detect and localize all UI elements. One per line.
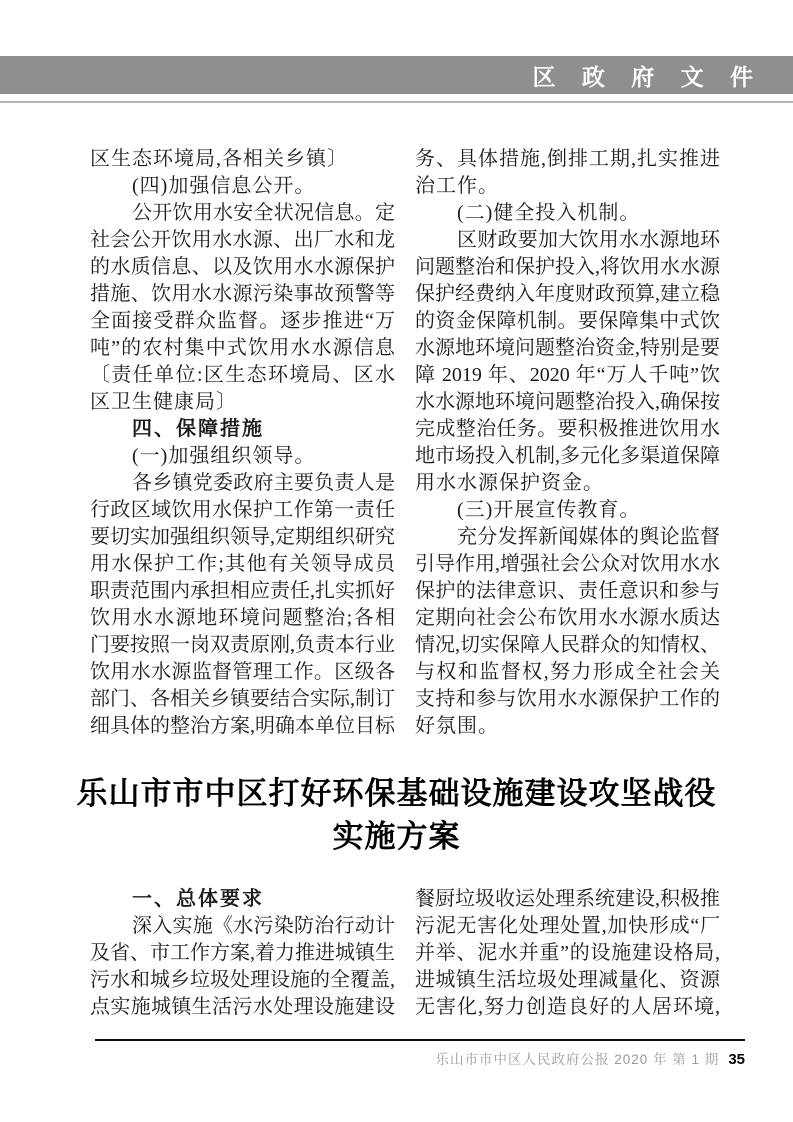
text-line: 进城镇生活垃圾处理减量化、资源化、 xyxy=(415,967,720,994)
text-line: 门要按照一岗双责原刚,负责本行业的 xyxy=(90,632,395,659)
text-line: 无害化,努力创造良好的人居环境,全 xyxy=(415,994,720,1021)
article2-title-line1: 乐山市市中区打好环保基础设施建设攻坚战役 xyxy=(60,772,733,815)
article1-right-column: 务、具体措施,倒排工期,扎实推进整治工作。(二)健全投入机制。区财政要加大饮用水… xyxy=(415,146,720,740)
footer: 乐山市市中区人民政府公报 2020 年 第 1 期35 xyxy=(95,1048,745,1068)
text-line: 区财政要加大饮用水水源地环境 xyxy=(415,227,720,254)
text-line: 引导作用,增强社会公众对饮用水水源 xyxy=(415,551,720,578)
text-line: 并举、泥水并重”的设施建设格局,促 xyxy=(415,940,720,967)
text-line: 饮用水水源监督管理工作。区级各相关 xyxy=(90,659,395,686)
text-line: 的水质信息、以及饮用水水源保护主要 xyxy=(90,254,395,281)
section-banner: 区 政 府 文 件 xyxy=(0,56,793,94)
text-line: 四、保障措施 xyxy=(90,416,395,443)
text-line: 各乡镇党委政府主要负责人是本 xyxy=(90,470,395,497)
text-line: (四)加强信息公开。 xyxy=(90,173,395,200)
text-line: 全面接受群众监督。逐步推进“万人千 xyxy=(90,308,395,335)
text-line: 保护经费纳入年度财政预算,建立稳定 xyxy=(415,281,720,308)
text-line: 水水源地环境问题整治投入,确保按时 xyxy=(415,389,720,416)
article2-title-line2: 实施方案 xyxy=(60,815,733,858)
article2-columns: 一、总体要求深入实施《水污染防治行动计划》及省、市工作方案,着力推进城镇生活污水… xyxy=(90,886,720,1021)
text-line: 深入实施《水污染防治行动计划》 xyxy=(90,913,395,940)
text-line: 支持和参与饮用水水源保护工作的良 xyxy=(415,686,720,713)
text-line: 点实施城镇生活污水处理设施建设和 xyxy=(90,994,395,1021)
text-line: 饮用水水源地环境问题整治;各相关部 xyxy=(90,605,395,632)
article1-columns: 区生态环境局,各相关乡镇〕(四)加强信息公开。公开饮用水安全状况信息。定期向社会… xyxy=(90,146,720,740)
footer-journal-label: 乐山市市中区人民政府公报 2020 年 第 1 期 xyxy=(436,1052,720,1067)
text-line: 好氛围。 xyxy=(415,713,720,740)
text-line: 吨”的农村集中式饮用水水源信息公开。 xyxy=(90,335,395,362)
text-line: 治工作。 xyxy=(415,173,720,200)
text-line: 完成整治任务。要积极推进饮用水水源 xyxy=(415,416,720,443)
text-line: 障 2019 年、2020 年“万人千吨”饮用 xyxy=(415,362,720,389)
text-line: 措施、饮用水水源污染事故预警等信息, xyxy=(90,281,395,308)
footer-page-number: 35 xyxy=(728,1051,745,1068)
text-line: 餐厨垃圾收运处理系统建设,积极推行 xyxy=(415,886,720,913)
article2-title: 乐山市市中区打好环保基础设施建设攻坚战役 实施方案 xyxy=(60,772,733,858)
article1-left-column: 区生态环境局,各相关乡镇〕(四)加强信息公开。公开饮用水安全状况信息。定期向社会… xyxy=(90,146,395,740)
text-line: 与权和监督权,努力形成全社会关心、 xyxy=(415,659,720,686)
article2-left-column: 一、总体要求深入实施《水污染防治行动计划》及省、市工作方案,着力推进城镇生活污水… xyxy=(90,886,395,1021)
text-line: 要切实加强组织领导,定期组织研究饮 xyxy=(90,524,395,551)
text-line: 〔责任单位:区生态环境局、区水务局、 xyxy=(90,362,395,389)
text-line: 定期向社会公布饮用水水源水质达标 xyxy=(415,605,720,632)
text-line: 保护的法律意识、责任意识和参与意识。 xyxy=(415,578,720,605)
banner-divider xyxy=(0,101,793,103)
text-line: 问题整治和保护投入,将饮用水水源地 xyxy=(415,254,720,281)
text-line: (一)加强组织领导。 xyxy=(90,443,395,470)
text-line: 的资金保障机制。要保障集中式饮用水 xyxy=(415,308,720,335)
text-line: 区生态环境局,各相关乡镇〕 xyxy=(90,146,395,173)
text-line: 务、具体措施,倒排工期,扎实推进整 xyxy=(415,146,720,173)
text-line: 部门、各相关乡镇要结合实际,制订详 xyxy=(90,686,395,713)
footer-divider xyxy=(95,1039,745,1041)
gazette-page: 区 政 府 文 件 区生态环境局,各相关乡镇〕(四)加强信息公开。公开饮用水安全… xyxy=(0,0,793,1122)
text-line: 污水和城乡垃圾处理设施的全覆盖,重 xyxy=(90,967,395,994)
text-line: 情况,切实保障人民群众的知情权、参 xyxy=(415,632,720,659)
text-line: 职责范围内承担相应责任,扎实抓好对 xyxy=(90,578,395,605)
text-line: 区卫生健康局〕 xyxy=(90,389,395,416)
text-line: 污泥无害化处理处置,加快形成“厂网 xyxy=(415,913,720,940)
text-line: 用水水源保护资金。 xyxy=(415,470,720,497)
text-line: 地市场投入机制,多元化多渠道保障饮 xyxy=(415,443,720,470)
text-line: (三)开展宣传教育。 xyxy=(415,497,720,524)
text-line: 及省、市工作方案,着力推进城镇生活 xyxy=(90,940,395,967)
article2-right-column: 餐厨垃圾收运处理系统建设,积极推行污泥无害化处理处置,加快形成“厂网并举、泥水并… xyxy=(415,886,720,1021)
text-line: 一、总体要求 xyxy=(90,886,395,913)
section-banner-label: 区 政 府 文 件 xyxy=(532,59,763,92)
text-line: (二)健全投入机制。 xyxy=(415,200,720,227)
text-line: 行政区域饮用水保护工作第一责任人, xyxy=(90,497,395,524)
text-line: 细具体的整治方案,明确本单位目标任 xyxy=(90,713,395,740)
text-line: 社会公开饮用水水源、出厂水和龙头水 xyxy=(90,227,395,254)
text-line: 充分发挥新闻媒体的舆论监督和 xyxy=(415,524,720,551)
text-line: 水源地环境问题整治资金,特别是要保 xyxy=(415,335,720,362)
text-line: 公开饮用水安全状况信息。定期向 xyxy=(90,200,395,227)
text-line: 用水保护工作;其他有关领导成员要在 xyxy=(90,551,395,578)
